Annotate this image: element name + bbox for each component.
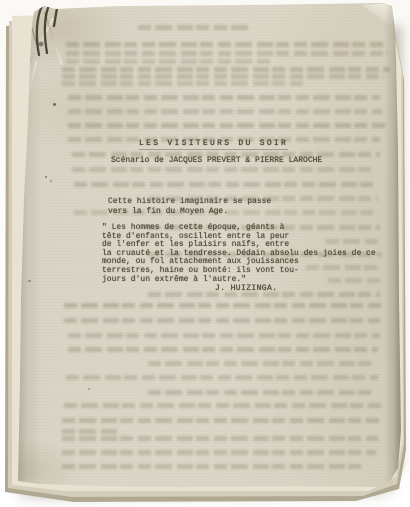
bleed-through-line: [68, 333, 380, 338]
bleed-through-line: [148, 252, 382, 257]
epigraph-intro-line: vers la fin du Moyen Age.: [108, 207, 271, 217]
bleed-through-line: [62, 429, 120, 434]
bleed-through-line: [72, 152, 380, 157]
bleed-through-line: [62, 67, 390, 72]
ink-speck: [28, 280, 31, 282]
bleed-through-line: [68, 123, 386, 128]
bleed-through-line: [68, 347, 378, 352]
bleed-through-line: [148, 390, 376, 395]
bleed-through-line: [326, 239, 378, 244]
corner-crease: [43, 11, 62, 65]
huizinga-quote-line: jours d'un extrême à l'autre.": [102, 276, 376, 285]
huizinga-quote-line: terrestres, haine ou bonté: ils vont tou…: [102, 267, 376, 276]
huizinga-quote-line: " Les hommes de cette époque, géants à: [102, 224, 376, 233]
bleed-through-line: [62, 81, 306, 86]
huizinga-quote-line: tête d'enfants, oscillent entre la peur: [102, 233, 376, 242]
epigraph-intro-line: Cette histoire imaginaire se passe: [108, 197, 271, 207]
huizinga-quote: " Les hommes de cette époque, géants àtê…: [102, 224, 376, 284]
bleed-through-line: [62, 450, 376, 455]
bleed-through-line: [138, 25, 250, 30]
bleed-through-line: [148, 292, 380, 297]
bleed-through-line: [68, 137, 380, 142]
bleed-through-line: [64, 403, 382, 408]
bleed-through-line: [66, 51, 388, 56]
typed-text-layer: LES VISITEURS DU SOIR Scénario de JACQUE…: [0, 0, 410, 507]
bleed-through-line: [66, 59, 270, 64]
bleed-through-line: [68, 95, 380, 100]
ink-speck: [50, 180, 52, 182]
quote-attribution: J. HUIZINGA.: [215, 284, 277, 293]
bleed-through-line: [148, 196, 378, 201]
epigraph-intro: Cette histoire imaginaire se passevers l…: [108, 197, 271, 217]
script-subtitle: Scénario de JACQUES PREVERT & PIERRE LAR…: [111, 156, 322, 165]
huizinga-quote-line: monde, ou fol attachement aux jouissance…: [102, 258, 376, 267]
bleed-through-line: [328, 278, 380, 283]
bleed-through-line: [148, 225, 380, 230]
bleed-through-line: [148, 361, 376, 366]
bleed-through-line: [62, 418, 382, 423]
ink-speck: [88, 388, 90, 390]
photograph-of-typescript: LES VISITEURS DU SOIR Scénario de JACQUE…: [0, 0, 410, 507]
huizinga-quote-line: de l'enfer et les plaisirs naïfs, entre: [102, 241, 376, 250]
ink-speck: [45, 176, 47, 178]
bleed-through-line: [72, 167, 374, 172]
bleed-through-line: [66, 375, 378, 380]
ink-speck: [53, 103, 56, 106]
bleed-through-line: [62, 464, 364, 469]
bleed-through-text: [0, 0, 410, 507]
huizinga-quote-line: la cruauté et la tendresse. Dédain absol…: [102, 250, 376, 259]
paperclip-mark: [26, 0, 70, 62]
bleed-through-line: [64, 318, 380, 323]
bleed-through-line: [66, 42, 386, 47]
bleed-through-line: [68, 109, 382, 114]
bleed-through-line: [62, 74, 384, 79]
bleed-through-line: [74, 210, 376, 215]
script-title: LES VISITEURS DU SOIR: [139, 139, 288, 150]
bleed-through-line: [306, 265, 380, 270]
bleed-through-line: [62, 436, 378, 441]
typescript-page: LES VISITEURS DU SOIR Scénario de JACQUE…: [0, 0, 410, 507]
bleed-through-line: [64, 303, 384, 308]
bleed-through-line: [74, 182, 374, 187]
